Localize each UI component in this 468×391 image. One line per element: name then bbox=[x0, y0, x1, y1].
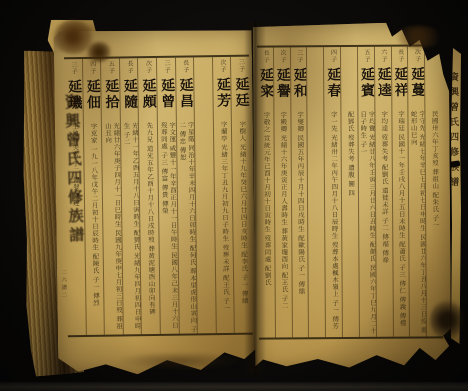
column-body-text: 字樹人 光緒十九年癸巳六月廿四日亥時生 配李氏 子一 傳緒 bbox=[237, 121, 248, 333]
column-annotation: 長子 bbox=[396, 49, 403, 67]
column-annotation: 長子 bbox=[262, 50, 269, 68]
column-body-text: 字文運 咸豐十一年辛酉正月十一日午時生 民國八年己未三月十六日歿葬同處 子三 傳… bbox=[158, 122, 178, 334]
column-name: 延隨 bbox=[119, 78, 140, 122]
genealogy-column: 六子 延逵 字均達 歿葬失考 配劉氏 遠徙未詳 子二 傳福 傳祿 bbox=[374, 47, 393, 337]
column-name: 延佃 bbox=[82, 79, 103, 123]
table-surface bbox=[0, 382, 468, 391]
column-body-text: 民國卅六年丁亥歿 葬祖山 配朱氏 子一 bbox=[429, 110, 439, 336]
column-name bbox=[203, 77, 204, 121]
genealogy-column: 五子 延賓 字均寶 光緒廿八年壬寅三月廿六日丑時生 配顏氏 民國六年丁巳九月二十… bbox=[357, 47, 376, 337]
column-annotation: 長子 bbox=[181, 60, 188, 78]
column-body-text: 字均寶 光緒廿八年壬寅三月廿六日丑時生 配顏氏 民國六年丁巳九月二十日子時生 子… bbox=[358, 111, 376, 337]
column-annotation: 次子 bbox=[413, 49, 420, 67]
genealogy-column: 四子 延春 字一先 光緒卅二年丙午四月十八日辰時生 歿葬本處楓木嶺上 子一 傳芳 bbox=[323, 47, 342, 337]
column-body-text: 光緒十一年乙酉五月十八日寅時生 配鄧氏 光緒九年四月初四日申時生 子二 bbox=[121, 122, 141, 334]
column-annotation: 三子 bbox=[70, 61, 77, 79]
genealogy-column: 次子 延譽 字殿卿 光緒十六年庚寅正月人壽時生 葬黃家壠酉向 配王氏 子二 bbox=[273, 47, 292, 337]
photo-backdrop: 資興曾氏四修族譜 資興曾氏四修族譜 二六譜二 三子 延璣 生歿葬失考 子二 傳發… bbox=[0, 0, 468, 391]
column-body-text: 字星階 同治十年辛未四月十六日卯時生 配何氏 葬本里虎形山寅向 子二 傳忠 傳恕 bbox=[177, 121, 197, 333]
column-body-text: 字敬之 宣統元年己酉十月初十日寅時生 歿葬同處 配劉氏 bbox=[261, 112, 271, 338]
column-body-text: 光緒廿六年庚子四月十一日巳時生 民國九年庚申七月初三日歿 葬祖山丑向 bbox=[102, 122, 122, 334]
genealogy-column: 民國卅六年丁亥歿 葬祖山 配朱氏 子一 bbox=[424, 46, 443, 336]
column-body-text: 字均達 歿葬失考 配劉氏 遠徙未詳 子二 傳福 傳祿 bbox=[379, 111, 389, 337]
column-body-text bbox=[204, 121, 207, 333]
fore-edge-title: 資興曾氏四修族譜 bbox=[451, 52, 461, 212]
right-page: 長子 延寀 字敬之 宣統元年己酉十月初十日寅時生 歿葬同處 配劉氏 次子 延譽 … bbox=[253, 22, 451, 371]
genealogy-column: 三子 延廷 字樹人 光緒十九年癸巳六月廿四日亥時生 配李氏 子一 傳緒 bbox=[230, 57, 252, 333]
spine-stamped-title: 資興曾氏四修族譜 bbox=[51, 80, 87, 261]
column-body-text: 字瑞廷 民國十一年壬戌八月十五日未時生 配蕭氏 子三 傳仁 傳義 傳禮 bbox=[396, 111, 406, 337]
column-annotation: 六子 bbox=[379, 49, 386, 67]
genealogy-column: 次子 延蔓 字守先 光緒七年辛巳七月初七日申時生 民國廿六年丁丑八月十三日歿 葬… bbox=[407, 46, 426, 336]
column-body-text: 先九兄 道光五年乙酉十月十八日戌時歿 葬黃泥塘酉山卯向有碑 bbox=[144, 122, 155, 334]
column-annotation: 三子 bbox=[237, 59, 244, 77]
column-annotation: 四子 bbox=[88, 61, 95, 79]
column-annotation: 三子 bbox=[162, 60, 169, 78]
column-annotation: 四子 bbox=[329, 49, 336, 67]
genealogy-column: 三子 延和 字燮卿 民國五年丙辰十月十四日戌時生 配歐陽氏 子一 傳鼎 bbox=[290, 47, 309, 337]
column-body-text: 字蘭亭 光緒三年丁丑九月初九日子時生 歿葬未詳 配王氏 子一 bbox=[218, 121, 229, 333]
genealogy-column: 長子 延祥 字瑞廷 民國十一年壬戌八月十五日未時生 配蕭氏 子三 傳仁 傳義 傳… bbox=[390, 47, 409, 337]
column-name: 延廷 bbox=[230, 77, 251, 121]
column-annotation: 次子 bbox=[218, 59, 225, 77]
genealogy-column bbox=[306, 47, 325, 337]
column-annotation: 五子 bbox=[107, 61, 114, 79]
column-annotation: 次子 bbox=[278, 49, 285, 67]
column-name: 延頗 bbox=[137, 78, 158, 122]
column-body-text: 配鄧氏 歿葬失考 遺腹 圖 四 bbox=[345, 111, 355, 337]
column-body-text: 字克家 一九一八年戊午二月初十日辰時生 配陳氏 子一 傳烈 bbox=[88, 123, 99, 335]
column-name: 延芳 bbox=[212, 77, 233, 121]
column-name: 延昌 bbox=[175, 77, 196, 121]
column-body-text: 字一先 光緒卅二年丙午四月十八日辰時生 歿葬本處楓木嶺上 子一 傳芳 bbox=[328, 111, 338, 337]
column-annotation: 五子 bbox=[362, 49, 369, 67]
column-name: 延曾 bbox=[156, 78, 177, 122]
column-body-text: 字燮卿 民國五年丙辰十月十四日戌時生 配歐陽氏 子一 傳鼎 bbox=[295, 111, 305, 337]
left-page-frame: 三子 延璣 生歿葬失考 子二 傳發 傳達 四子 延佃 字克家 一九一八年戊午二月… bbox=[64, 55, 253, 338]
column-annotation: 次子 bbox=[144, 60, 151, 78]
column-annotation: 長子 bbox=[125, 60, 132, 78]
genealogy-column: 配鄧氏 歿葬失考 遺腹 圖 四 bbox=[340, 47, 359, 337]
column-name: 延拾 bbox=[100, 78, 121, 122]
column-body-text: 字守先 光緒七年辛巳七月初七日申時生 民國廿六年丁丑八月十三日歿 葬蛇形山巳向 bbox=[408, 110, 426, 336]
column-annotation: 三子 bbox=[295, 49, 302, 67]
column-body-text: 字殿卿 光緒十六年庚寅正月人壽時生 葬黃家壠酉向 配王氏 子二 bbox=[278, 111, 288, 337]
right-page-frame: 長子 延寀 字敬之 宣統元年己酉十月初十日寅時生 歿葬同處 配劉氏 次子 延譽 … bbox=[257, 44, 443, 339]
fore-edge-strip: 資興曾氏四修族譜 bbox=[451, 48, 461, 344]
column-body-text bbox=[316, 111, 318, 337]
